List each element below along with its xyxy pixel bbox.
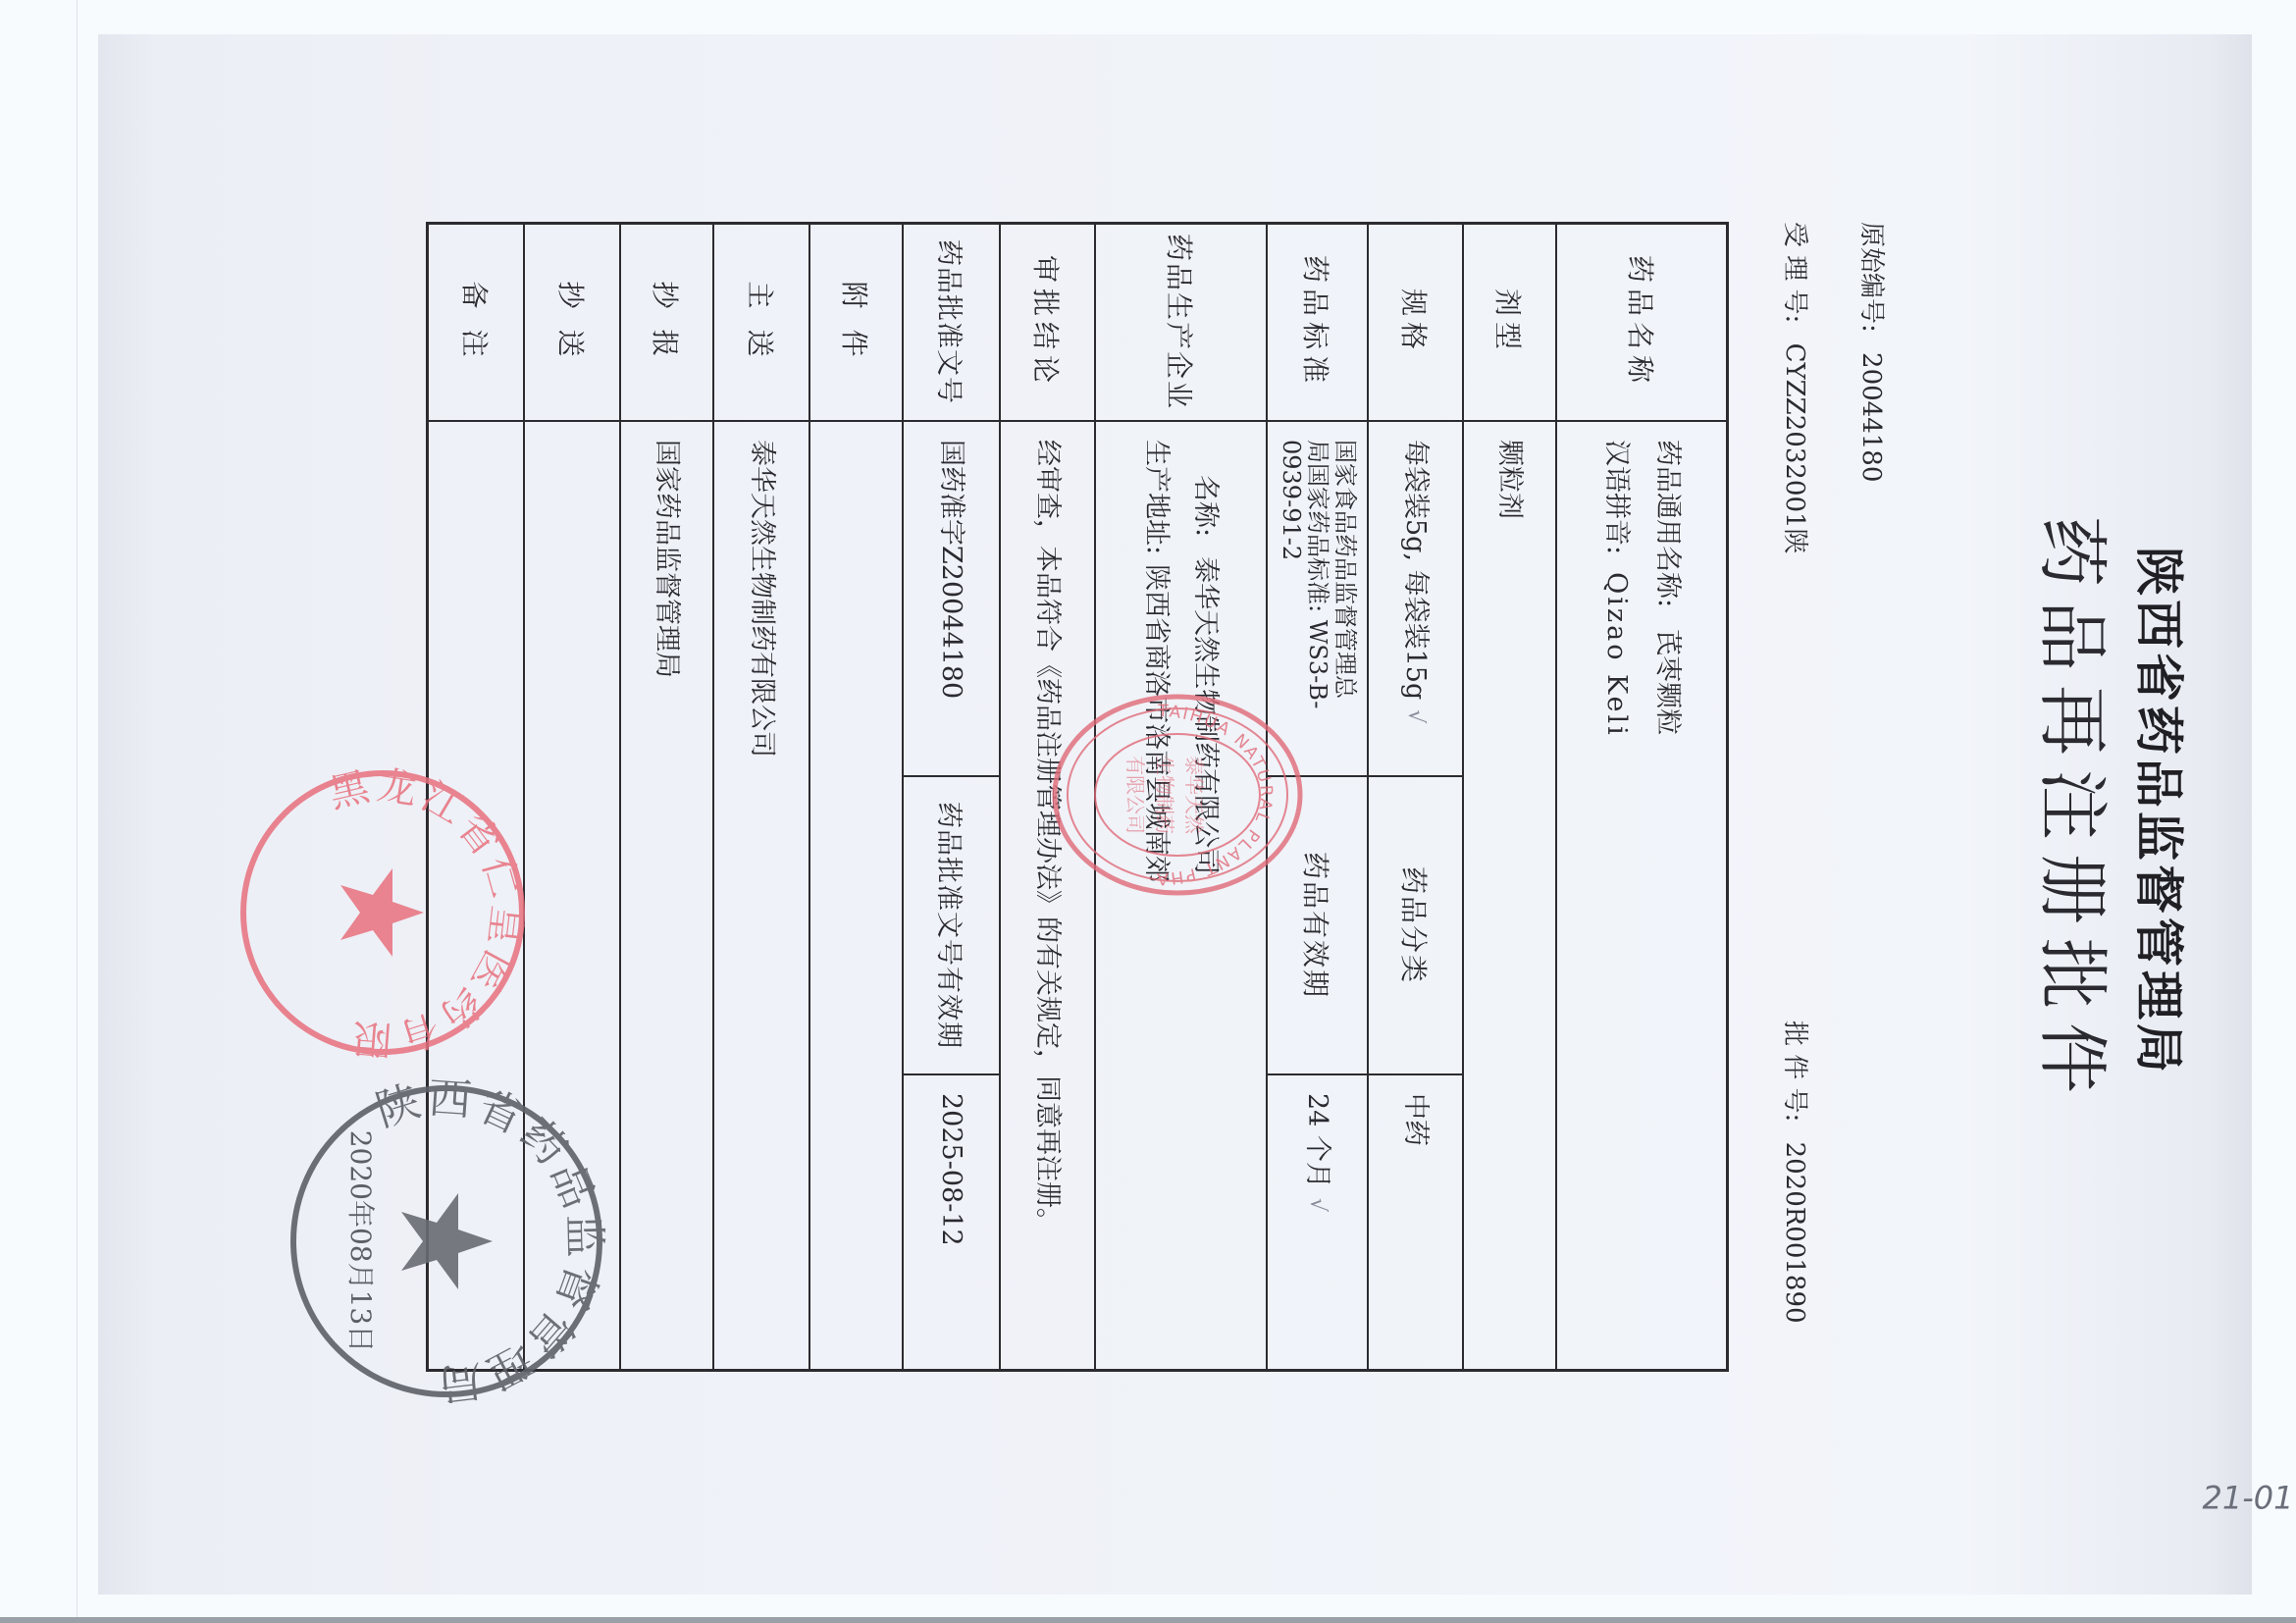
standard-line: 国家食品药品监督管理总 [1331,440,1358,699]
acceptance-number: 受 理 号: CYZZ2032001陕 [1779,222,1815,554]
label-approval-number: 药品批准文号 [904,224,999,420]
handwritten-page-mark: 21-01 [2203,1479,2294,1516]
check-mark-icon: √ [1402,709,1430,723]
manufacturer-address-label: 生产地址: [1142,440,1173,554]
value-shelf-life: 24 个月√ [1268,1075,1367,1369]
shelf-life-text: 24 个月 [1301,1093,1334,1188]
document-title: 药品再注册批件 [2027,0,2129,1623]
value-approval-number-validity: 2025-08-12 [904,1075,999,1369]
original-number-label: 原始编号: [1856,222,1886,333]
label-main-recipient: 主 送 [714,224,809,420]
svg-text:2020年08月13日: 2020年08月13日 [344,1130,377,1353]
label-manufacturer: 药品生产企业 [1096,224,1266,420]
generic-name: 药品通用名称:芪枣颗粒 [1651,440,1685,735]
svg-text:有限公司: 有限公司 [1123,756,1147,834]
value-approval-number: 国药准字Z20044180 [904,422,999,775]
value-dosage-form: 颗粒剂 [1464,422,1555,1369]
label-specification: 规格 [1369,224,1462,420]
approval-doc-number: 批 件 号: 2020R001890 [1779,1021,1815,1324]
generic-name-value: 芪枣颗粒 [1652,629,1683,735]
agency-seal: 陕西省药品监督管理局 2020年08月13日 [285,1079,608,1403]
label-attachment: 附 件 [810,224,902,420]
original-number-value: 20044180 [1856,352,1886,482]
label-dosage-form: 剂型 [1464,224,1555,420]
original-number: 原始编号: 20044180 [1855,222,1892,482]
table-border-right [426,1369,1729,1372]
hospital-seal-graphic: 黑龙江省仁皇医药有限公司 [235,765,530,1060]
approval-document: 陕西省药品监督管理局 药品再注册批件 原始编号: 20044180 受 理 号:… [0,0,2296,1623]
company-seal-graphic: TAIHUA NATURAL PLANT PHARMACEUTICAL CO.,… [1050,692,1305,898]
value-attachment [810,422,902,1369]
agency-seal-graphic: 陕西省药品监督管理局 2020年08月13日 [285,1079,608,1403]
label-approval-conclusion: 审批结论 [1001,224,1094,420]
specification-text: 每袋装5g, 每袋装15g [1399,440,1433,700]
label-copy-to: 抄 送 [525,224,619,420]
label-drug-classification: 药品分类 [1369,777,1462,1073]
label-approval-number-validity: 药品批准文号有效期 [904,777,999,1073]
pinyin-label: 汉语拼音: [1602,440,1633,554]
svg-text:泰华天然: 泰华天然 [1182,756,1206,835]
company-seal: TAIHUA NATURAL PLANT PHARMACEUTICAL CO.,… [1050,692,1305,898]
issuing-agency: 陕西省药品监督管理局 [2127,0,2198,1623]
check-mark-icon: √ [1304,1198,1331,1212]
generic-name-label: 药品通用名称: [1652,440,1683,607]
acceptance-number-value: CYZZ2032001陕 [1780,343,1809,554]
value-report-to: 国家药品监督管理局 [621,422,712,1369]
label-report-to: 抄 报 [621,224,712,420]
value-main-recipient: 泰华天然生物制药有限公司 [714,422,809,1369]
approval-doc-number-label: 批 件 号: [1780,1021,1809,1122]
label-drug-name: 药品名称 [1557,224,1727,420]
svg-text:生物制药: 生物制药 [1153,756,1176,834]
pinyin-value: Qizao Keli [1602,572,1633,738]
value-drug-name: 药品通用名称:芪枣颗粒 汉语拼音:Qizao Keli [1557,422,1727,1369]
value-drug-classification: 中药 [1369,1075,1462,1369]
hospital-seal: 黑龙江省仁皇医药有限公司 [235,765,530,1060]
svg-text:TAIHUA NATURAL PLANT PHARMACEU: TAIHUA NATURAL PLANT PHARMACEUTICAL CO.,… [1155,692,1305,888]
approval-doc-number-value: 2020R001890 [1780,1142,1809,1324]
label-remarks: 备 注 [429,224,523,420]
acceptance-number-label: 受 理 号: [1780,222,1809,323]
manufacturer-name-label: 名称: [1190,475,1221,537]
standard-line: 0939-91-2 [1277,440,1304,560]
value-specification: 每袋装5g, 每袋装15g√ [1369,422,1462,775]
label-drug-standard: 药品标准 [1268,224,1367,420]
pinyin: 汉语拼音:Qizao Keli [1600,440,1634,738]
svg-text:黑龙江省仁皇医药有限公司: 黑龙江省仁皇医药有限公司 [325,765,530,1060]
standard-line: 局国家药品标准: WS3-B- [1304,440,1331,708]
